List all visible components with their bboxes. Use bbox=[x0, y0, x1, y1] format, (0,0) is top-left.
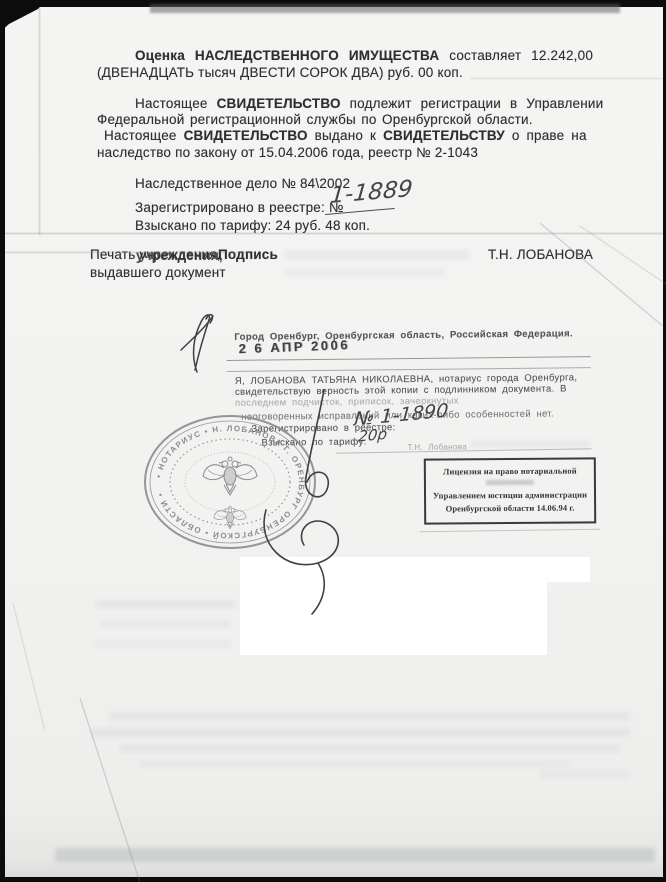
stamp-label: Печать учреждения, учреждения, bbox=[90, 247, 221, 263]
pen-squiggle-signature bbox=[163, 308, 223, 378]
stamp-rule-1 bbox=[227, 356, 591, 361]
date-stamp: 2 6 АПР 2006 bbox=[238, 337, 350, 356]
registration-l3-post: о праве на bbox=[512, 128, 587, 143]
valuation-line-1: Оценка НАСЛЕДСТВЕННОГО ИМУЩЕСТВА составл… bbox=[135, 48, 593, 64]
registration-l1-bold: СВИДЕТЕЛЬСТВО bbox=[217, 96, 341, 111]
bleed-smudge bbox=[90, 728, 630, 737]
bleed-smudge bbox=[100, 620, 230, 628]
license-illegible-line bbox=[486, 480, 534, 485]
crease-horizontal-right bbox=[470, 77, 663, 80]
crease-diagonal-bl2 bbox=[12, 603, 45, 730]
stamp-label-line2: выдавшего документ bbox=[90, 265, 226, 281]
notary-flourish-signature bbox=[252, 382, 372, 622]
license-underline bbox=[420, 529, 600, 533]
registry-line: Зарегистрировано в реестре: № bbox=[135, 200, 344, 216]
registration-line-1: Настоящее СВИДЕТЕЛЬСТВО подлежит регистр… bbox=[135, 96, 603, 112]
stamp-rule-2 bbox=[227, 367, 591, 372]
crease-vertical bbox=[38, 7, 41, 235]
license-line-2: Управлением юстиции администрации bbox=[426, 489, 594, 500]
bleed-smudge bbox=[285, 250, 470, 260]
valuation-line-2: (ДВЕНАДЦАТЬ тысяч ДВЕСТИ СОРОК ДВА) руб.… bbox=[97, 65, 463, 81]
license-line-3: Оренбургской области 14.06.94 г. bbox=[426, 502, 594, 513]
registration-l3-bold1: СВИДЕТЕЛЬСТВО bbox=[184, 128, 308, 143]
bleed-smudge bbox=[95, 640, 230, 648]
bleed-smudge bbox=[120, 744, 620, 753]
scanned-notarial-document: { "document": { "valuation": { "line1_bo… bbox=[0, 0, 666, 882]
scan-streak-top bbox=[150, 4, 620, 13]
registration-line-4: наследство по закону от 15.04.2006 года,… bbox=[97, 145, 478, 161]
registration-l3-pre: Настоящее bbox=[104, 128, 177, 143]
crease-horizontal-left bbox=[5, 251, 250, 254]
license-line-1: Лицензия на право нотариальной bbox=[426, 465, 594, 476]
paper-sheet: Оценка НАСЛЕДСТВЕННОГО ИМУЩЕСТВА составл… bbox=[5, 7, 663, 877]
seal-eagle-emblem bbox=[203, 457, 257, 495]
bleed-smudge bbox=[285, 268, 445, 276]
bleed-smudge bbox=[140, 760, 570, 768]
license-box: Лицензия на право нотариальной Управлени… bbox=[424, 457, 596, 524]
valuation-line-1-bold: Оценка НАСЛЕДСТВЕННОГО ИМУЩЕСТВА bbox=[135, 48, 439, 63]
redacted-area-strip bbox=[545, 557, 590, 582]
case-number-line: Наследственное дело № 84\2002 bbox=[135, 176, 350, 192]
registration-l3-mid: выдано к bbox=[315, 128, 376, 143]
crease-horizontal bbox=[5, 232, 663, 235]
valuation-line-1-rest: составляет 12.242,00 bbox=[449, 48, 593, 63]
registration-line-3: Настоящее СВИДЕТЕЛЬСТВО выдано к СВИДЕТЕ… bbox=[104, 128, 587, 144]
bleed-smudge-bottom-band bbox=[55, 848, 655, 862]
crease-diagonal-tr1 bbox=[539, 222, 663, 326]
registration-l3-bold2: СВИДЕТЕЛЬСТВУ bbox=[383, 128, 505, 143]
bleed-smudge bbox=[470, 440, 590, 448]
registration-l1-pre: Настоящее bbox=[135, 96, 208, 111]
bleed-smudge bbox=[540, 770, 630, 778]
bleed-smudge bbox=[110, 712, 630, 721]
signature-label: Подпись bbox=[218, 247, 278, 263]
registration-l1-post: подлежит регистрации в Управлении bbox=[350, 96, 604, 111]
registration-line-2: Федеральной регистрационной службы по Ор… bbox=[97, 112, 533, 128]
bleed-smudge bbox=[95, 600, 235, 609]
